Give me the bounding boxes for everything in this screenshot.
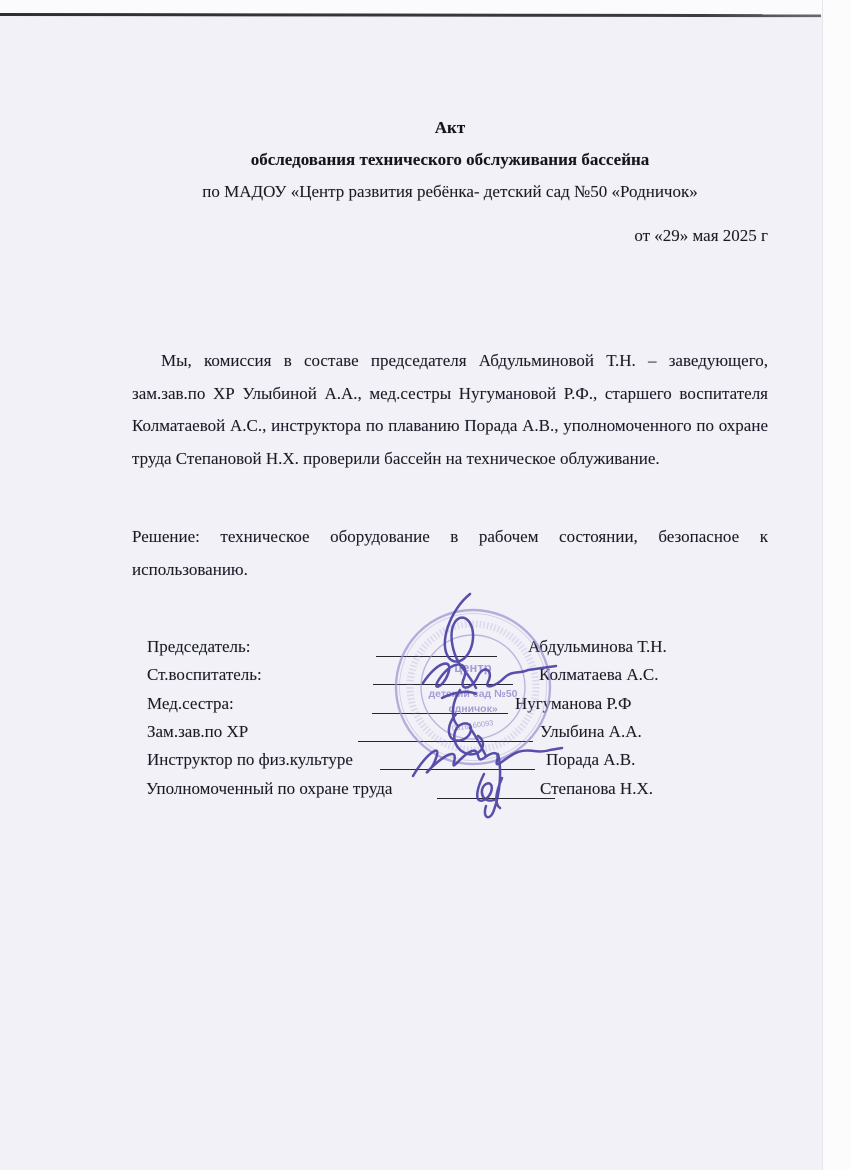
- signature-stroke: [442, 692, 476, 698]
- signature-stroke: [445, 594, 476, 688]
- signature-stroke: [423, 664, 556, 688]
- signature-role-label: Зам.зав.по ХР: [147, 722, 248, 742]
- signature-role-label: Мед.сестра:: [147, 694, 234, 714]
- signature-stroke: [453, 690, 460, 726]
- signature-stroke: [477, 774, 494, 801]
- document-title: Акт: [132, 112, 768, 144]
- scanned-document-page: { "document": { "title_line1": "Акт", "t…: [0, 0, 850, 1170]
- document-date: от «29» мая 2025 г: [132, 226, 768, 246]
- scanner-background-strip: [822, 0, 850, 1170]
- decision-paragraph: Решение: техническое оборудование в рабо…: [132, 521, 768, 586]
- signature-role-label: Инструктор по физ.культуре: [147, 750, 353, 770]
- signature-role-label: Председатель:: [147, 637, 251, 657]
- signature-role-label: Ст.воспитатель:: [147, 665, 262, 685]
- signature-strokes: [378, 578, 598, 828]
- document-subtitle: обследования технического обслуживания б…: [132, 144, 768, 176]
- signature-role-label: Уполномоченный по охране труда: [146, 779, 392, 799]
- title-block: Акт обследования технического обслуживан…: [132, 112, 768, 208]
- commission-paragraph: Мы, комиссия в составе председателя Абду…: [132, 345, 768, 475]
- organization-line: по МАДОУ «Центр развития ребёнка- детски…: [132, 176, 768, 208]
- handwritten-signatures: [378, 578, 598, 828]
- signature-stroke: [413, 748, 562, 776]
